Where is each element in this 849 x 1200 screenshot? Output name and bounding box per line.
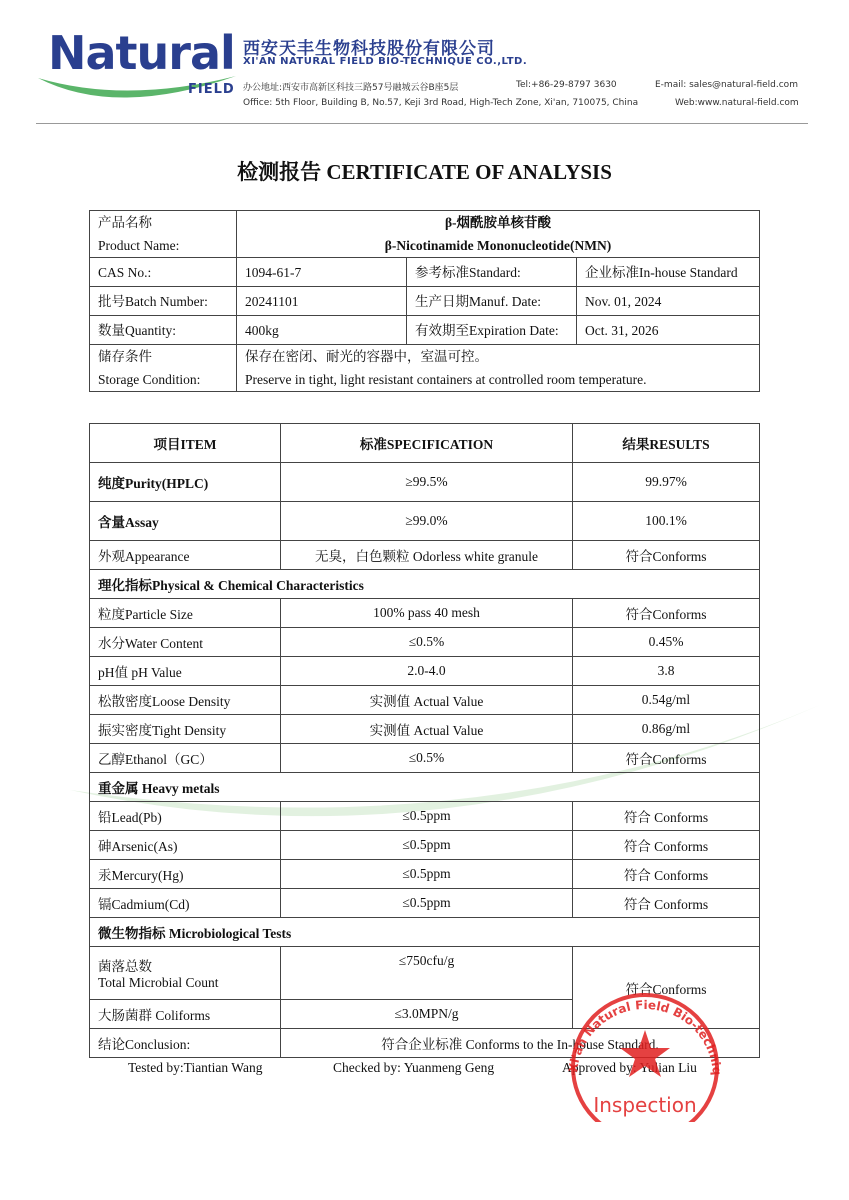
product-name-row: 产品名称 Product Name: β-烟酰胺单核苷酸 β-Nicotinam… xyxy=(90,211,760,258)
document-title: 检测报告 CERTIFICATE OF ANALYSIS xyxy=(0,156,849,186)
storage-label: 储存条件 Storage Condition: xyxy=(90,345,237,392)
company-name-en: XI'AN NATURAL FIELD BIO-TECHNIQUE CO.,LT… xyxy=(243,56,527,67)
cell-result: 0.86g/ml xyxy=(573,715,760,744)
section-row: 重金属 Heavy metals xyxy=(90,773,760,802)
cell-result: 3.8 xyxy=(573,657,760,686)
cell-spec: 实测值 Actual Value xyxy=(281,715,573,744)
cell-item: 水分Water Content xyxy=(90,628,281,657)
cell-item: 外观Appearance xyxy=(90,541,281,570)
cell-item: 粒度Particle Size xyxy=(90,599,281,628)
table-row: 乙醇Ethanol（GC）≤0.5%符合Conforms xyxy=(90,744,760,773)
manuf-date-value: Nov. 01, 2024 xyxy=(577,287,760,316)
product-name-value: β-烟酰胺单核苷酸 β-Nicotinamide Mononucleotide(… xyxy=(237,211,760,258)
table-row: 粒度Particle Size100% pass 40 mesh符合Confor… xyxy=(90,599,760,628)
quantity-value: 400kg xyxy=(237,316,407,345)
cell-spec: 无臭，白色颗粒 Odorless white granule xyxy=(281,541,573,570)
coliforms-item: 大肠菌群 Coliforms xyxy=(90,1000,281,1029)
cell-result: 0.45% xyxy=(573,628,760,657)
manuf-date-label: 生产日期Manuf. Date: xyxy=(407,287,577,316)
cell-result: 符合Conforms xyxy=(573,541,760,570)
table-row: 振实密度Tight Density实测值 Actual Value0.86g/m… xyxy=(90,715,760,744)
cell-spec: ≥99.5% xyxy=(281,463,573,502)
product-info-table: 产品名称 Product Name: β-烟酰胺单核苷酸 β-Nicotinam… xyxy=(89,210,760,392)
batch-label: 批号Batch Number: xyxy=(90,287,237,316)
expiry-label: 有效期至Expiration Date: xyxy=(407,316,577,345)
cell-result: 符合 Conforms xyxy=(573,831,760,860)
section-title: 理化指标Physical & Chemical Characteristics xyxy=(90,570,760,599)
header-results: 结果RESULTS xyxy=(573,424,760,463)
telephone: Tel:+86-29-8797 3630 xyxy=(516,80,617,90)
cell-spec: ≤0.5ppm xyxy=(281,860,573,889)
total-count-item: 菌落总数 Total Microbial Count xyxy=(90,947,281,1000)
quantity-label: 数量Quantity: xyxy=(90,316,237,345)
cell-spec: 2.0-4.0 xyxy=(281,657,573,686)
table-row: 水分Water Content≤0.5%0.45% xyxy=(90,628,760,657)
address-cn: 办公地址:西安市高新区科技三路57号融城云谷B座5层 xyxy=(243,80,458,93)
tested-by: Tested by:Tiantian Wang xyxy=(128,1060,262,1076)
section-title: 微生物指标 Microbiological Tests xyxy=(90,918,760,947)
total-count-spec: ≤750cfu/g xyxy=(281,947,573,1000)
cell-result: 符合Conforms xyxy=(573,744,760,773)
table-row: 含量Assay≥99.0%100.1% xyxy=(90,502,760,541)
cell-result: 99.97% xyxy=(573,463,760,502)
coliforms-spec: ≤3.0MPN/g xyxy=(281,1000,573,1029)
section-title: 重金属 Heavy metals xyxy=(90,773,760,802)
batch-row: 批号Batch Number: 20241101 生产日期Manuf. Date… xyxy=(90,287,760,316)
test-results-body: 纯度Purity(HPLC)≥99.5%99.97%含量Assay≥99.0%1… xyxy=(90,463,760,947)
cell-spec: ≤0.5ppm xyxy=(281,802,573,831)
checked-by: Checked by: Yuanmeng Geng xyxy=(333,1060,494,1076)
test-results-table: 项目ITEM 标准SPECIFICATION 结果RESULTS 纯度Purit… xyxy=(89,423,760,1058)
header-specification: 标准SPECIFICATION xyxy=(281,424,573,463)
conclusion-label: 结论Conclusion: xyxy=(90,1029,281,1058)
email: E-mail: sales@natural-field.com xyxy=(655,80,798,90)
cell-result: 符合 Conforms xyxy=(573,860,760,889)
logo-wordmark: Natural xyxy=(48,26,235,80)
cell-result: 符合 Conforms xyxy=(573,889,760,918)
cell-spec: ≤0.5% xyxy=(281,628,573,657)
table-row: 镉Cadmium(Cd)≤0.5ppm符合 Conforms xyxy=(90,889,760,918)
cell-result: 符合Conforms xyxy=(573,599,760,628)
star-icon xyxy=(620,1030,670,1077)
batch-value: 20241101 xyxy=(237,287,407,316)
cell-spec: ≤0.5ppm xyxy=(281,889,573,918)
table-header-row: 项目ITEM 标准SPECIFICATION 结果RESULTS xyxy=(90,424,760,463)
cell-item: pH值 pH Value xyxy=(90,657,281,686)
table-row: 汞Mercury(Hg)≤0.5ppm符合 Conforms xyxy=(90,860,760,889)
cell-result: 0.54g/ml xyxy=(573,686,760,715)
company-logo: Natural FIELD xyxy=(36,26,241,108)
cell-result: 100.1% xyxy=(573,502,760,541)
cell-item: 乙醇Ethanol（GC） xyxy=(90,744,281,773)
cas-label: CAS No.: xyxy=(90,258,237,287)
cell-item: 镉Cadmium(Cd) xyxy=(90,889,281,918)
cell-spec: 实测值 Actual Value xyxy=(281,686,573,715)
cell-spec: ≤0.5ppm xyxy=(281,831,573,860)
cell-spec: 100% pass 40 mesh xyxy=(281,599,573,628)
standard-value: 企业标准In-house Standard xyxy=(577,258,760,287)
table-row: 纯度Purity(HPLC)≥99.5%99.97% xyxy=(90,463,760,502)
website: Web:www.natural-field.com xyxy=(675,98,799,108)
table-row: 松散密度Loose Density实测值 Actual Value0.54g/m… xyxy=(90,686,760,715)
header-item: 项目ITEM xyxy=(90,424,281,463)
cell-item: 纯度Purity(HPLC) xyxy=(90,463,281,502)
cell-spec: ≥99.0% xyxy=(281,502,573,541)
cell-item: 含量Assay xyxy=(90,502,281,541)
storage-value: 保存在密闭、耐光的容器中，室温可控。 Preserve in tight, li… xyxy=(237,345,760,392)
table-row: 外观Appearance无臭，白色颗粒 Odorless white granu… xyxy=(90,541,760,570)
logo-subtext: FIELD xyxy=(188,82,235,97)
cell-spec: ≤0.5% xyxy=(281,744,573,773)
storage-row: 储存条件 Storage Condition: 保存在密闭、耐光的容器中，室温可… xyxy=(90,345,760,392)
cell-item: 振实密度Tight Density xyxy=(90,715,281,744)
quantity-row: 数量Quantity: 400kg 有效期至Expiration Date: O… xyxy=(90,316,760,345)
cas-value: 1094-61-7 xyxy=(237,258,407,287)
standard-label: 参考标准Standard: xyxy=(407,258,577,287)
section-row: 理化指标Physical & Chemical Characteristics xyxy=(90,570,760,599)
stamp-bottom-text: Inspection xyxy=(593,1093,696,1117)
letterhead: Natural FIELD 西安天丰生物科技股份有限公司 XI'AN NATUR… xyxy=(0,0,849,126)
cell-item: 松散密度Loose Density xyxy=(90,686,281,715)
address-en: Office: 5th Floor, Building B, No.57, Ke… xyxy=(243,98,638,108)
table-row: pH值 pH Value2.0-4.03.8 xyxy=(90,657,760,686)
header-divider xyxy=(36,123,808,124)
cell-result: 符合 Conforms xyxy=(573,802,760,831)
company-seal-stamp: Xi'an Natural Field Bio-technique Compan… xyxy=(555,992,735,1122)
cell-item: 汞Mercury(Hg) xyxy=(90,860,281,889)
table-row: 铅Lead(Pb)≤0.5ppm符合 Conforms xyxy=(90,802,760,831)
product-name-label: 产品名称 Product Name: xyxy=(90,211,237,258)
expiry-value: Oct. 31, 2026 xyxy=(577,316,760,345)
table-row: 砷Arsenic(As)≤0.5ppm符合 Conforms xyxy=(90,831,760,860)
cas-row: CAS No.: 1094-61-7 参考标准Standard: 企业标准In-… xyxy=(90,258,760,287)
section-row: 微生物指标 Microbiological Tests xyxy=(90,918,760,947)
cell-item: 砷Arsenic(As) xyxy=(90,831,281,860)
cell-item: 铅Lead(Pb) xyxy=(90,802,281,831)
